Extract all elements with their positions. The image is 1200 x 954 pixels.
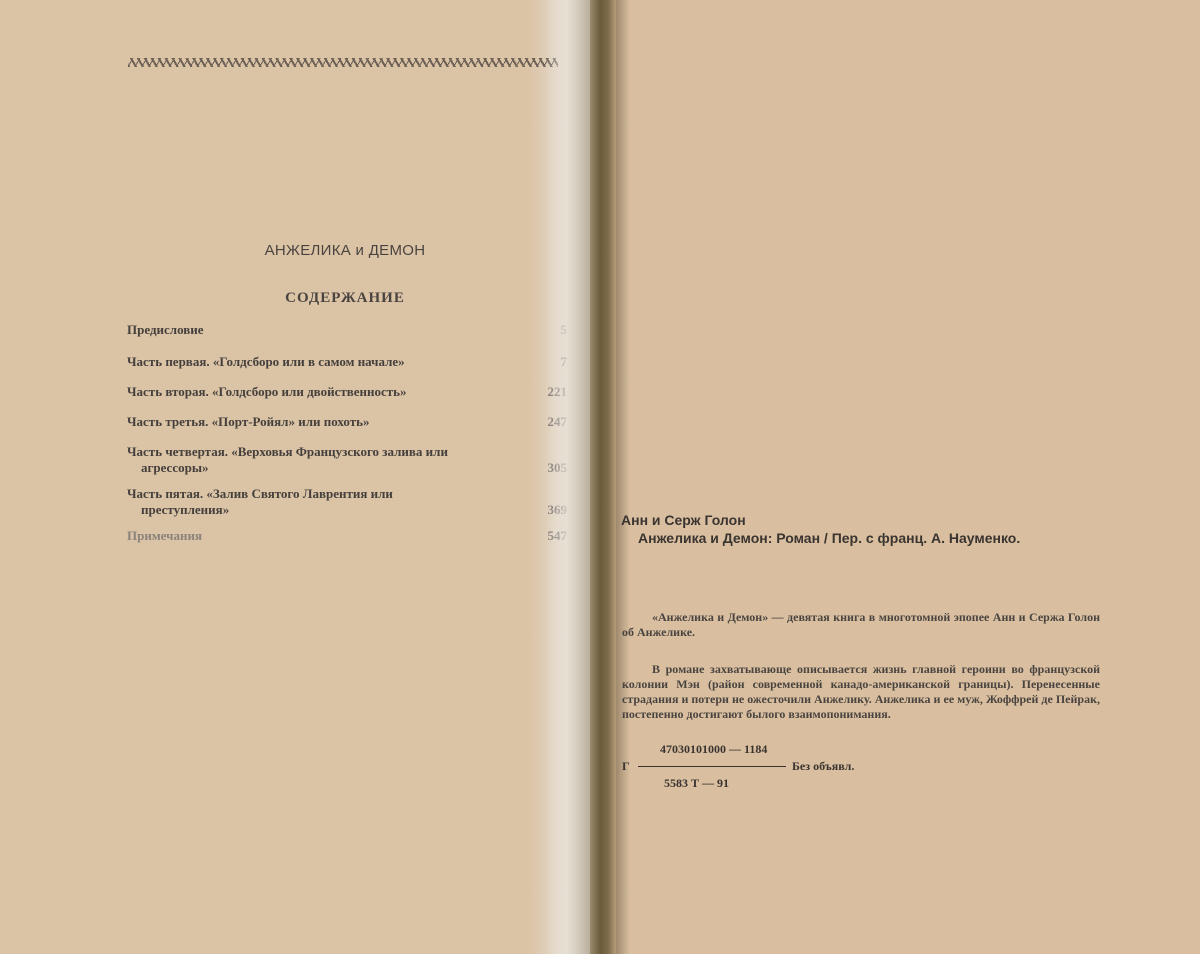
toc-entry: Часть третья. «Порт-Ройял» или похоть» 2…	[127, 414, 567, 430]
book-title: АНЖЕЛИКА и ДЕМОН	[130, 242, 560, 259]
fraction-line	[638, 766, 786, 767]
spine-glare	[545, 0, 593, 954]
toc-label: Часть третья. «Порт-Ройял» или похоть»	[127, 414, 512, 430]
book-gutter	[590, 0, 616, 954]
toc-label: Предисловие	[127, 322, 512, 338]
authors: Анн и Серж Голон	[621, 512, 746, 528]
book-spread: АНЖЕЛИКА и ДЕМОН СОДЕРЖАНИЕ Предисловие …	[0, 0, 1200, 954]
toc-entry: Примечания 547	[127, 528, 567, 544]
work-title-line: Анжелика и Демон: Роман / Пер. с франц. …	[638, 530, 1020, 546]
code-numerator: 47030101000 — 1184	[660, 742, 767, 757]
left-page: АНЖЕЛИКА и ДЕМОН СОДЕРЖАНИЕ Предисловие …	[0, 0, 600, 954]
toc-label: Часть первая. «Голдсборо или в самом нач…	[127, 354, 512, 370]
toc-label: Часть четвертая. «Верховья Французского …	[127, 444, 512, 460]
annotation-text: «Анжелика и Демон» — девятая книга в мно…	[622, 610, 1100, 640]
annotation-paragraph-1: «Анжелика и Демон» — девятая книга в мно…	[622, 610, 1100, 640]
annotation-paragraph-2: В романе захватывающе описывается жизнь …	[622, 662, 1100, 722]
toc-label-continued: агрессоры»	[127, 460, 526, 476]
code-letter: Г	[622, 759, 630, 774]
toc-entry: Предисловие 5	[127, 322, 567, 338]
toc-entry: Часть пятая. «Залив Святого Лаврентия ил…	[127, 486, 567, 518]
toc-label-continued: преступления»	[127, 502, 526, 518]
code-note: Без объявл.	[792, 759, 854, 774]
rope-ornament	[128, 58, 558, 67]
toc-label: Примечания	[127, 528, 512, 544]
code-denominator: 5583 Т — 91	[664, 776, 729, 791]
toc-label: Часть вторая. «Голдсборо или двойственно…	[127, 384, 512, 400]
right-page	[600, 0, 1200, 954]
toc-heading: СОДЕРЖАНИЕ	[130, 290, 560, 307]
annotation-text: В романе захватывающе описывается жизнь …	[622, 662, 1100, 722]
toc-entry: Часть четвертая. «Верховья Французского …	[127, 444, 567, 476]
toc-label: Часть пятая. «Залив Святого Лаврентия ил…	[127, 486, 512, 502]
toc-entry: Часть первая. «Голдсборо или в самом нач…	[127, 354, 567, 370]
toc-entry: Часть вторая. «Голдсборо или двойственно…	[127, 384, 567, 400]
